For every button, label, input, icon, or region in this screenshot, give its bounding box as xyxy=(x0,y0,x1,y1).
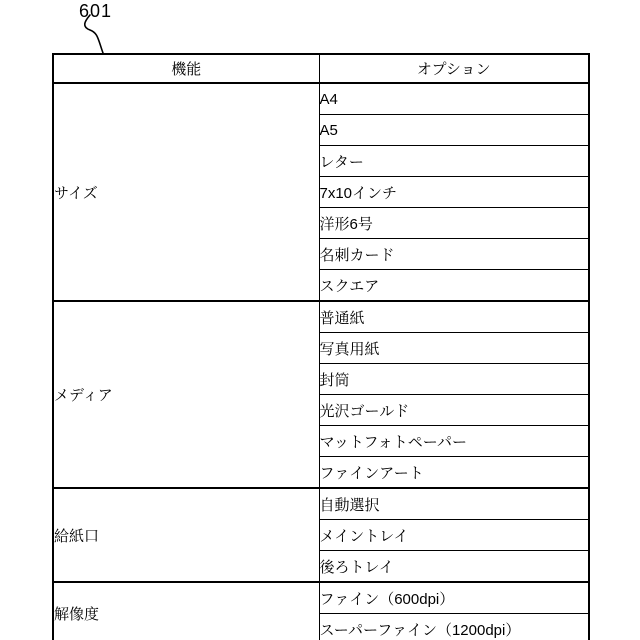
option-cell: 光沢ゴールド xyxy=(319,395,589,426)
table-row: メディア 普通紙 xyxy=(53,301,589,333)
option-cell: 写真用紙 xyxy=(319,333,589,364)
option-cell: ファインアート xyxy=(319,457,589,489)
option-cell: スーパーファイン（1200dpi） xyxy=(319,614,589,640)
header-row: 機能 オプション xyxy=(53,54,589,83)
header-function: 機能 xyxy=(53,54,319,83)
option-cell: 7x10インチ xyxy=(319,177,589,208)
option-cell: A5 xyxy=(319,115,589,146)
figure-page: 601 機能 オプション サイズ A4 A5 レター 7x10インチ 洋形6号 … xyxy=(0,0,640,640)
option-cell: 後ろトレイ xyxy=(319,551,589,583)
option-cell: 名刺カード xyxy=(319,239,589,270)
function-cell-feed: 給紙口 xyxy=(53,488,319,582)
function-cell-media: メディア xyxy=(53,301,319,488)
option-cell: メイントレイ xyxy=(319,520,589,551)
option-cell: 自動選択 xyxy=(319,488,589,520)
option-cell: スクエア xyxy=(319,270,589,302)
options-table: 機能 オプション サイズ A4 A5 レター 7x10インチ 洋形6号 名刺カー… xyxy=(52,53,590,640)
option-cell: 洋形6号 xyxy=(319,208,589,239)
option-cell: レター xyxy=(319,146,589,177)
header-option: オプション xyxy=(319,54,589,83)
option-cell: 普通紙 xyxy=(319,301,589,333)
option-cell: 封筒 xyxy=(319,364,589,395)
leader-line xyxy=(79,12,113,56)
function-cell-size: サイズ xyxy=(53,83,319,301)
option-cell: A4 xyxy=(319,83,589,115)
table-row: サイズ A4 xyxy=(53,83,589,115)
option-cell: マットフォトペーパー xyxy=(319,426,589,457)
table-row: 解像度 ファイン（600dpi） xyxy=(53,582,589,614)
option-cell: ファイン（600dpi） xyxy=(319,582,589,614)
table-row: 給紙口 自動選択 xyxy=(53,488,589,520)
function-cell-resolution: 解像度 xyxy=(53,582,319,640)
